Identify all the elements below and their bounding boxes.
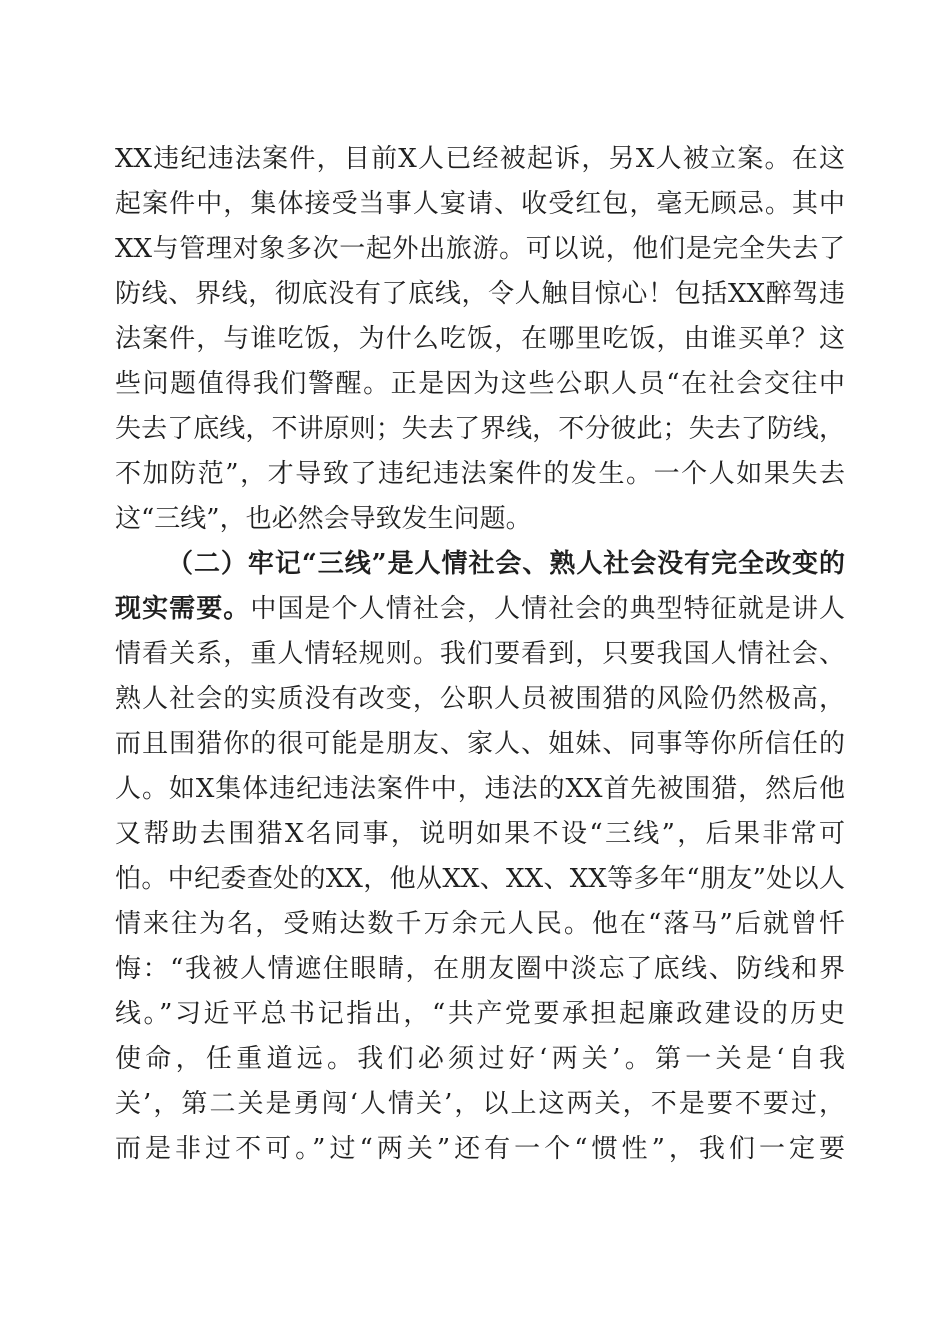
text-segment: 情来往为名，受贿达数千万余元人民。他在“落马”后就曾忏 [115,909,845,939]
text-segment: 关’，第二关是勇闯‘人情关’，以上这两关，不是要不要过， [115,1089,845,1119]
text-segment: 这“三线”，也必然会导致发生问题。 [115,504,532,534]
text-line: 线。”习近平总书记指出，“共产党要承担起廉政建设的历史 [115,992,845,1037]
document-page: XX违纪违法案件，目前X人已经被起诉，另X人被立案。在这起案件中，集体接受当事人… [0,0,950,1344]
text-line: （二）牢记“三线”是人情社会、熟人社会没有完全改变的 [115,542,845,587]
text-segment: 而是非过不可。”过“两关”还有一个“惯性”，我们一定要 [115,1134,845,1164]
text-segment: 失去了底线，不讲原则；失去了界线，不分彼此；失去了防线， [115,414,845,444]
text-line: 法案件，与谁吃饭，为什么吃饭，在哪里吃饭，由谁买单？这 [115,317,845,362]
text-line: 而是非过不可。”过“两关”还有一个“惯性”，我们一定要 [115,1127,845,1172]
text-line: XX与管理对象多次一起外出旅游。可以说，他们是完全失去了 [115,227,845,272]
text-line: 失去了底线，不讲原则；失去了界线，不分彼此；失去了防线， [115,407,845,452]
text-line: 防线、界线，彻底没有了底线，令人触目惊心！包括XX醉驾违 [115,272,845,317]
text-segment: 人。如X集体违纪违法案件中，违法的XX首先被围猎，然后他 [115,774,845,804]
text-segment: 悔：“我被人情遮住眼睛，在朋友圈中淡忘了底线、防线和界 [115,954,845,984]
text-segment: XX违纪违法案件，目前X人已经被起诉，另X人被立案。在这 [115,144,845,174]
text-line: 情看关系，重人情轻规则。我们要看到，只要我国人情社会、 [115,632,845,677]
text-line: 悔：“我被人情遮住眼睛，在朋友圈中淡忘了底线、防线和界 [115,947,845,992]
text-segment: 些问题值得我们警醒。正是因为这些公职人员“在社会交往中 [115,369,845,399]
text-segment: 情看关系，重人情轻规则。我们要看到，只要我国人情社会、 [115,639,845,669]
text-segment: 使命，任重道远。我们必须过好‘两关’。第一关是‘自我 [115,1044,845,1074]
bold-text-segment: 现实需要。 [115,594,250,624]
text-line: XX违纪违法案件，目前X人已经被起诉，另X人被立案。在这 [115,137,845,182]
text-segment: 防线、界线，彻底没有了底线，令人触目惊心！包括XX醉驾违 [115,279,845,309]
text-line: 怕。中纪委查处的XX，他从XX、XX、XX等多年“朋友”处以人 [115,857,845,902]
text-line: 情来往为名，受贿达数千万余元人民。他在“落马”后就曾忏 [115,902,845,947]
text-segment: 法案件，与谁吃饭，为什么吃饭，在哪里吃饭，由谁买单？这 [115,324,845,354]
text-line: 而且围猎你的很可能是朋友、家人、姐妹、同事等你所信任的 [115,722,845,767]
text-line: 人。如X集体违纪违法案件中，违法的XX首先被围猎，然后他 [115,767,845,812]
text-line: 使命，任重道远。我们必须过好‘两关’。第一关是‘自我 [115,1037,845,1082]
text-line: 起案件中，集体接受当事人宴请、收受红包，毫无顾忌。其中 [115,182,845,227]
text-line: 又帮助去围猎X名同事，说明如果不设“三线”，后果非常可 [115,812,845,857]
text-segment: 而且围猎你的很可能是朋友、家人、姐妹、同事等你所信任的 [115,729,845,759]
text-segment: 线。”习近平总书记指出，“共产党要承担起廉政建设的历史 [115,999,845,1029]
text-segment: 中国是个人情社会，人情社会的典型特征就是讲人 [250,594,845,624]
text-line: 不加防范”，才导致了违纪违法案件的发生。一个人如果失去 [115,452,845,497]
text-segment: 熟人社会的实质没有改变，公职人员被围猎的风险仍然极高， [115,684,845,714]
text-line: 熟人社会的实质没有改变，公职人员被围猎的风险仍然极高， [115,677,845,722]
text-line: 这“三线”，也必然会导致发生问题。 [115,497,845,542]
text-segment: 不加防范”，才导致了违纪违法案件的发生。一个人如果失去 [115,459,845,489]
text-segment: XX与管理对象多次一起外出旅游。可以说，他们是完全失去了 [115,234,845,264]
text-line: 现实需要。中国是个人情社会，人情社会的典型特征就是讲人 [115,587,845,632]
text-segment: 怕。中纪委查处的XX，他从XX、XX、XX等多年“朋友”处以人 [115,864,845,894]
bold-text-segment: （二）牢记“三线”是人情社会、熟人社会没有完全改变的 [167,549,845,579]
text-segment: 起案件中，集体接受当事人宴请、收受红包，毫无顾忌。其中 [115,189,845,219]
document-body: XX违纪违法案件，目前X人已经被起诉，另X人被立案。在这起案件中，集体接受当事人… [115,137,845,1172]
text-segment: 又帮助去围猎X名同事，说明如果不设“三线”，后果非常可 [115,819,845,849]
text-line: 些问题值得我们警醒。正是因为这些公职人员“在社会交往中 [115,362,845,407]
text-line: 关’，第二关是勇闯‘人情关’，以上这两关，不是要不要过， [115,1082,845,1127]
